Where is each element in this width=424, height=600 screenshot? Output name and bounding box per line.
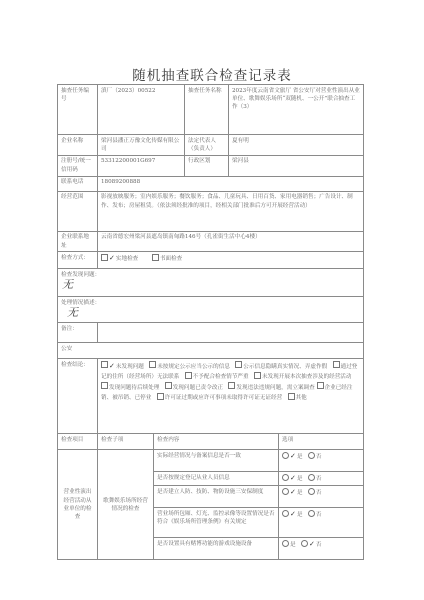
checkbox-icon[interactable] — [317, 382, 324, 389]
inspection-record-table: 抽查任务编号 滇厂（2023）00522 抽查任务名称 2023年度云南省文旅厅… — [57, 84, 364, 560]
conclusion-option[interactable]: ✓未发现问题 — [101, 364, 144, 370]
method-label: 检查方式： — [58, 252, 98, 269]
checkbox-checked-icon[interactable] — [101, 361, 108, 368]
check-options: ✓是 否 — [279, 486, 364, 508]
conclusion-option[interactable]: 不予配合检查情节严重 — [185, 374, 249, 380]
header-content: 检查内容 — [154, 434, 279, 450]
task-number-label: 抽查任务编号 — [58, 85, 98, 135]
check-content: 实际经营情况与备案信息是否一致 — [154, 450, 279, 472]
police-section-label: 公安 — [58, 343, 364, 359]
yes-radio-option[interactable]: ✓是 — [282, 454, 302, 460]
yes-label: 是 — [297, 476, 303, 482]
reg-no-value: 53312200001G697 — [98, 155, 185, 176]
no-radio-option[interactable]: ✓否 — [301, 542, 321, 548]
radio-checked-icon[interactable] — [282, 474, 289, 481]
remarks-label: 备注： — [58, 323, 98, 343]
check-item-name: 营业性演出经营活动从业单位的检查 — [58, 450, 98, 560]
conclusion-option[interactable]: 许可证过期或应许可事项未取得许可证无证经营 — [157, 395, 282, 401]
address-value: 云南省德宏州梁河县遮岛镇南甸路146号（孔雀街生活中心4楼） — [98, 231, 364, 252]
conclusion-option-label: 未发现问题 — [116, 364, 144, 370]
check-mark-icon: ✓ — [290, 510, 296, 518]
page-title: 随机抽查联合检查记录表 — [0, 64, 424, 84]
radio-icon[interactable] — [308, 452, 315, 459]
no-label: 否 — [316, 542, 322, 548]
yes-label: 是 — [297, 490, 303, 496]
no-label: 否 — [316, 476, 322, 482]
legal-rep-label: 法定代表人（负责人） — [185, 135, 229, 156]
task-name-value: 2023年度云南省文旅厅 省公安厅对营业性演出从业单位、歌舞娱乐场所“双随机、一… — [229, 85, 364, 135]
method-option-onsite[interactable]: ✓实地检查 — [101, 256, 138, 262]
check-mark-icon: ✓ — [309, 540, 315, 548]
checkbox-icon[interactable] — [254, 372, 261, 379]
checkbox-icon[interactable] — [288, 393, 295, 400]
phone-value: 18089200888 — [98, 176, 364, 191]
checkbox-checked-icon[interactable] — [101, 254, 108, 261]
conclusion-option-label: 许可证过期或应许可事项未取得许可证无证经营 — [165, 395, 282, 401]
conclusion-option[interactable]: 发现问题待后续处理 — [101, 385, 159, 391]
yes-radio-option[interactable]: ✓是 — [282, 490, 302, 496]
address-label: 企业联系地址 — [58, 231, 98, 252]
radio-checked-icon[interactable] — [301, 540, 308, 547]
no-radio-option[interactable]: 否 — [308, 454, 322, 460]
handling-handwritten-value: 无 — [61, 307, 360, 319]
check-mark-icon: ✓ — [290, 488, 296, 496]
radio-icon[interactable] — [282, 540, 289, 547]
radio-icon[interactable] — [308, 510, 315, 517]
method-onsite-label: 实地检查 — [116, 256, 138, 262]
check-mark-icon: ✓ — [109, 361, 115, 371]
header-sub-item: 检查子项 — [98, 434, 154, 450]
yes-radio-option[interactable]: ✓是 — [282, 512, 302, 518]
radio-icon[interactable] — [308, 488, 315, 495]
company-label: 企业名称 — [58, 135, 98, 156]
conclusion-option-label: 公示信息隐瞒真实情况、弄虚作假 — [243, 364, 327, 370]
yes-label: 是 — [290, 542, 296, 548]
method-written-label: 书面检查 — [160, 256, 182, 262]
handling-cell: 处理情况描述： 无 — [58, 297, 364, 323]
conclusion-option-label: 其他 — [296, 395, 307, 401]
no-label: 否 — [316, 454, 322, 460]
check-mark-icon: ✓ — [109, 254, 115, 262]
header-item: 检查项目 — [58, 434, 98, 450]
check-sub-item-name: 歌舞娱乐场所经营情况的检查 — [98, 450, 154, 560]
check-options: ✓是 否 — [279, 472, 364, 486]
task-number-value: 滇厂（2023）00522 — [98, 85, 185, 135]
check-options: ✓是 否 — [279, 450, 364, 472]
radio-checked-icon[interactable] — [282, 510, 289, 517]
conclusion-option-label: 未按规定公示应当公示的信息 — [157, 364, 230, 370]
check-content: 是否建立人防、技防、物防设施三安保制度 — [154, 486, 279, 508]
yes-radio-option[interactable]: ✓是 — [282, 476, 302, 482]
check-content: 营业场所包厢、灯光、监控录像等设置情况是否符合《娱乐场所管理条例》有关规定 — [154, 508, 279, 538]
no-radio-option[interactable]: 否 — [308, 490, 322, 496]
radio-checked-icon[interactable] — [282, 452, 289, 459]
no-label: 否 — [316, 490, 322, 496]
check-content: 是否按规定登记从业人员信息 — [154, 472, 279, 486]
conclusion-option[interactable]: 未发现开展本次抽查涉及的经营活动 — [254, 374, 352, 380]
region-label: 行政区划 — [185, 155, 229, 176]
checkbox-icon[interactable] — [333, 361, 340, 368]
scope-label: 经营范围 — [58, 191, 98, 231]
checkbox-icon[interactable] — [101, 382, 108, 389]
conclusion-option[interactable]: 发现问题已责令改正 — [165, 385, 223, 391]
no-radio-option[interactable]: 否 — [308, 476, 322, 482]
radio-icon[interactable] — [308, 474, 315, 481]
remarks-value — [98, 323, 364, 343]
no-radio-option[interactable]: 否 — [308, 512, 322, 518]
conclusion-option-label: 发现问题待后续处理 — [109, 385, 159, 391]
task-name-label: 抽查任务名称 — [185, 85, 229, 135]
legal-rep-value: 夏有明 — [229, 135, 364, 156]
conclusion-option[interactable]: 未按规定公示应当公示的信息 — [149, 364, 230, 370]
checkbox-icon[interactable] — [228, 382, 235, 389]
checkbox-icon[interactable] — [165, 382, 172, 389]
conclusion-option[interactable]: 其他 — [288, 395, 307, 401]
checkbox-icon[interactable] — [185, 372, 192, 379]
conclusion-label: 检查结论： — [58, 359, 98, 434]
company-value: 梁河县潘正万豫文化传媒有限公司 — [98, 135, 185, 156]
conclusion-option[interactable]: 公示信息隐瞒真实情况、弄虚作假 — [235, 364, 327, 370]
check-mark-icon: ✓ — [290, 474, 296, 482]
region-value: 梁河县 — [229, 155, 364, 176]
method-options: ✓实地检查 书面检查 — [98, 252, 364, 269]
yes-label: 是 — [297, 512, 303, 518]
conclusion-option-label: 发现违法违规问题，需立案调查 — [236, 385, 314, 391]
handling-label: 处理情况描述： — [61, 299, 360, 307]
conclusion-option-label: 未发现开展本次抽查涉及的经营活动 — [262, 374, 352, 380]
yes-radio-option[interactable]: 是 — [282, 542, 296, 548]
conclusion-option[interactable]: 发现违法违规问题，需立案调查 — [228, 385, 314, 391]
check-options: ✓是 否 — [279, 508, 364, 538]
conclusion-option-label: 不予配合检查情节严重 — [193, 374, 249, 380]
problems-label: 检查发现问题： — [61, 271, 360, 279]
check-content: 是否设置具有赌博功能的游戏设施设备 — [154, 538, 279, 560]
header-options: 选项 — [279, 434, 364, 450]
check-mark-icon: ✓ — [290, 452, 296, 460]
checkbox-icon[interactable] — [235, 361, 242, 368]
checkbox-icon[interactable] — [149, 361, 156, 368]
reg-no-label: 注册号/统一信用码 — [58, 155, 98, 176]
scope-value: 影视放映服务；室内娱乐服务；餐饮服务；食品、儿童玩具、日用百货、家用电器销售；广… — [98, 191, 364, 231]
conclusion-option-label: 发现问题已责令改正 — [173, 385, 223, 391]
checkbox-icon[interactable] — [157, 393, 164, 400]
problems-cell: 检查发现问题： 无 — [58, 269, 364, 297]
check-options: 是 ✓否 — [279, 538, 364, 560]
yes-label: 是 — [297, 454, 303, 460]
problems-handwritten-value: 无 — [61, 279, 360, 291]
phone-label: 联系电话 — [58, 176, 98, 191]
checkbox-icon[interactable] — [152, 254, 159, 261]
method-option-written[interactable]: 书面检查 — [152, 256, 182, 262]
no-label: 否 — [316, 512, 322, 518]
radio-checked-icon[interactable] — [282, 488, 289, 495]
conclusion-options: ✓未发现问题 未按规定公示应当公示的信息 公示信息隐瞒真实情况、弄虚作假 通过登… — [98, 359, 364, 434]
